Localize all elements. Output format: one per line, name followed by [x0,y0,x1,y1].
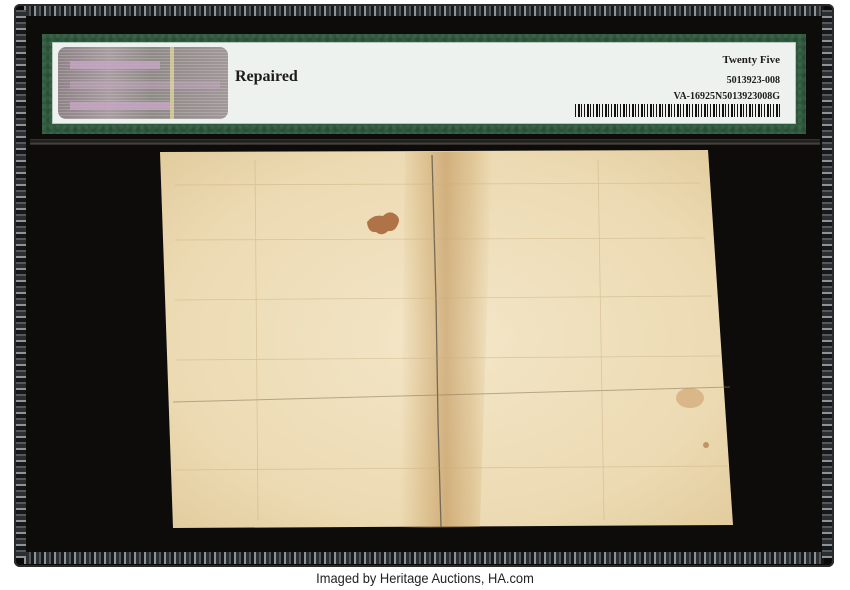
note-image [0,0,850,590]
image-credit: Imaged by Heritage Auctions, HA.com [34,570,816,586]
currency-note [0,0,850,590]
